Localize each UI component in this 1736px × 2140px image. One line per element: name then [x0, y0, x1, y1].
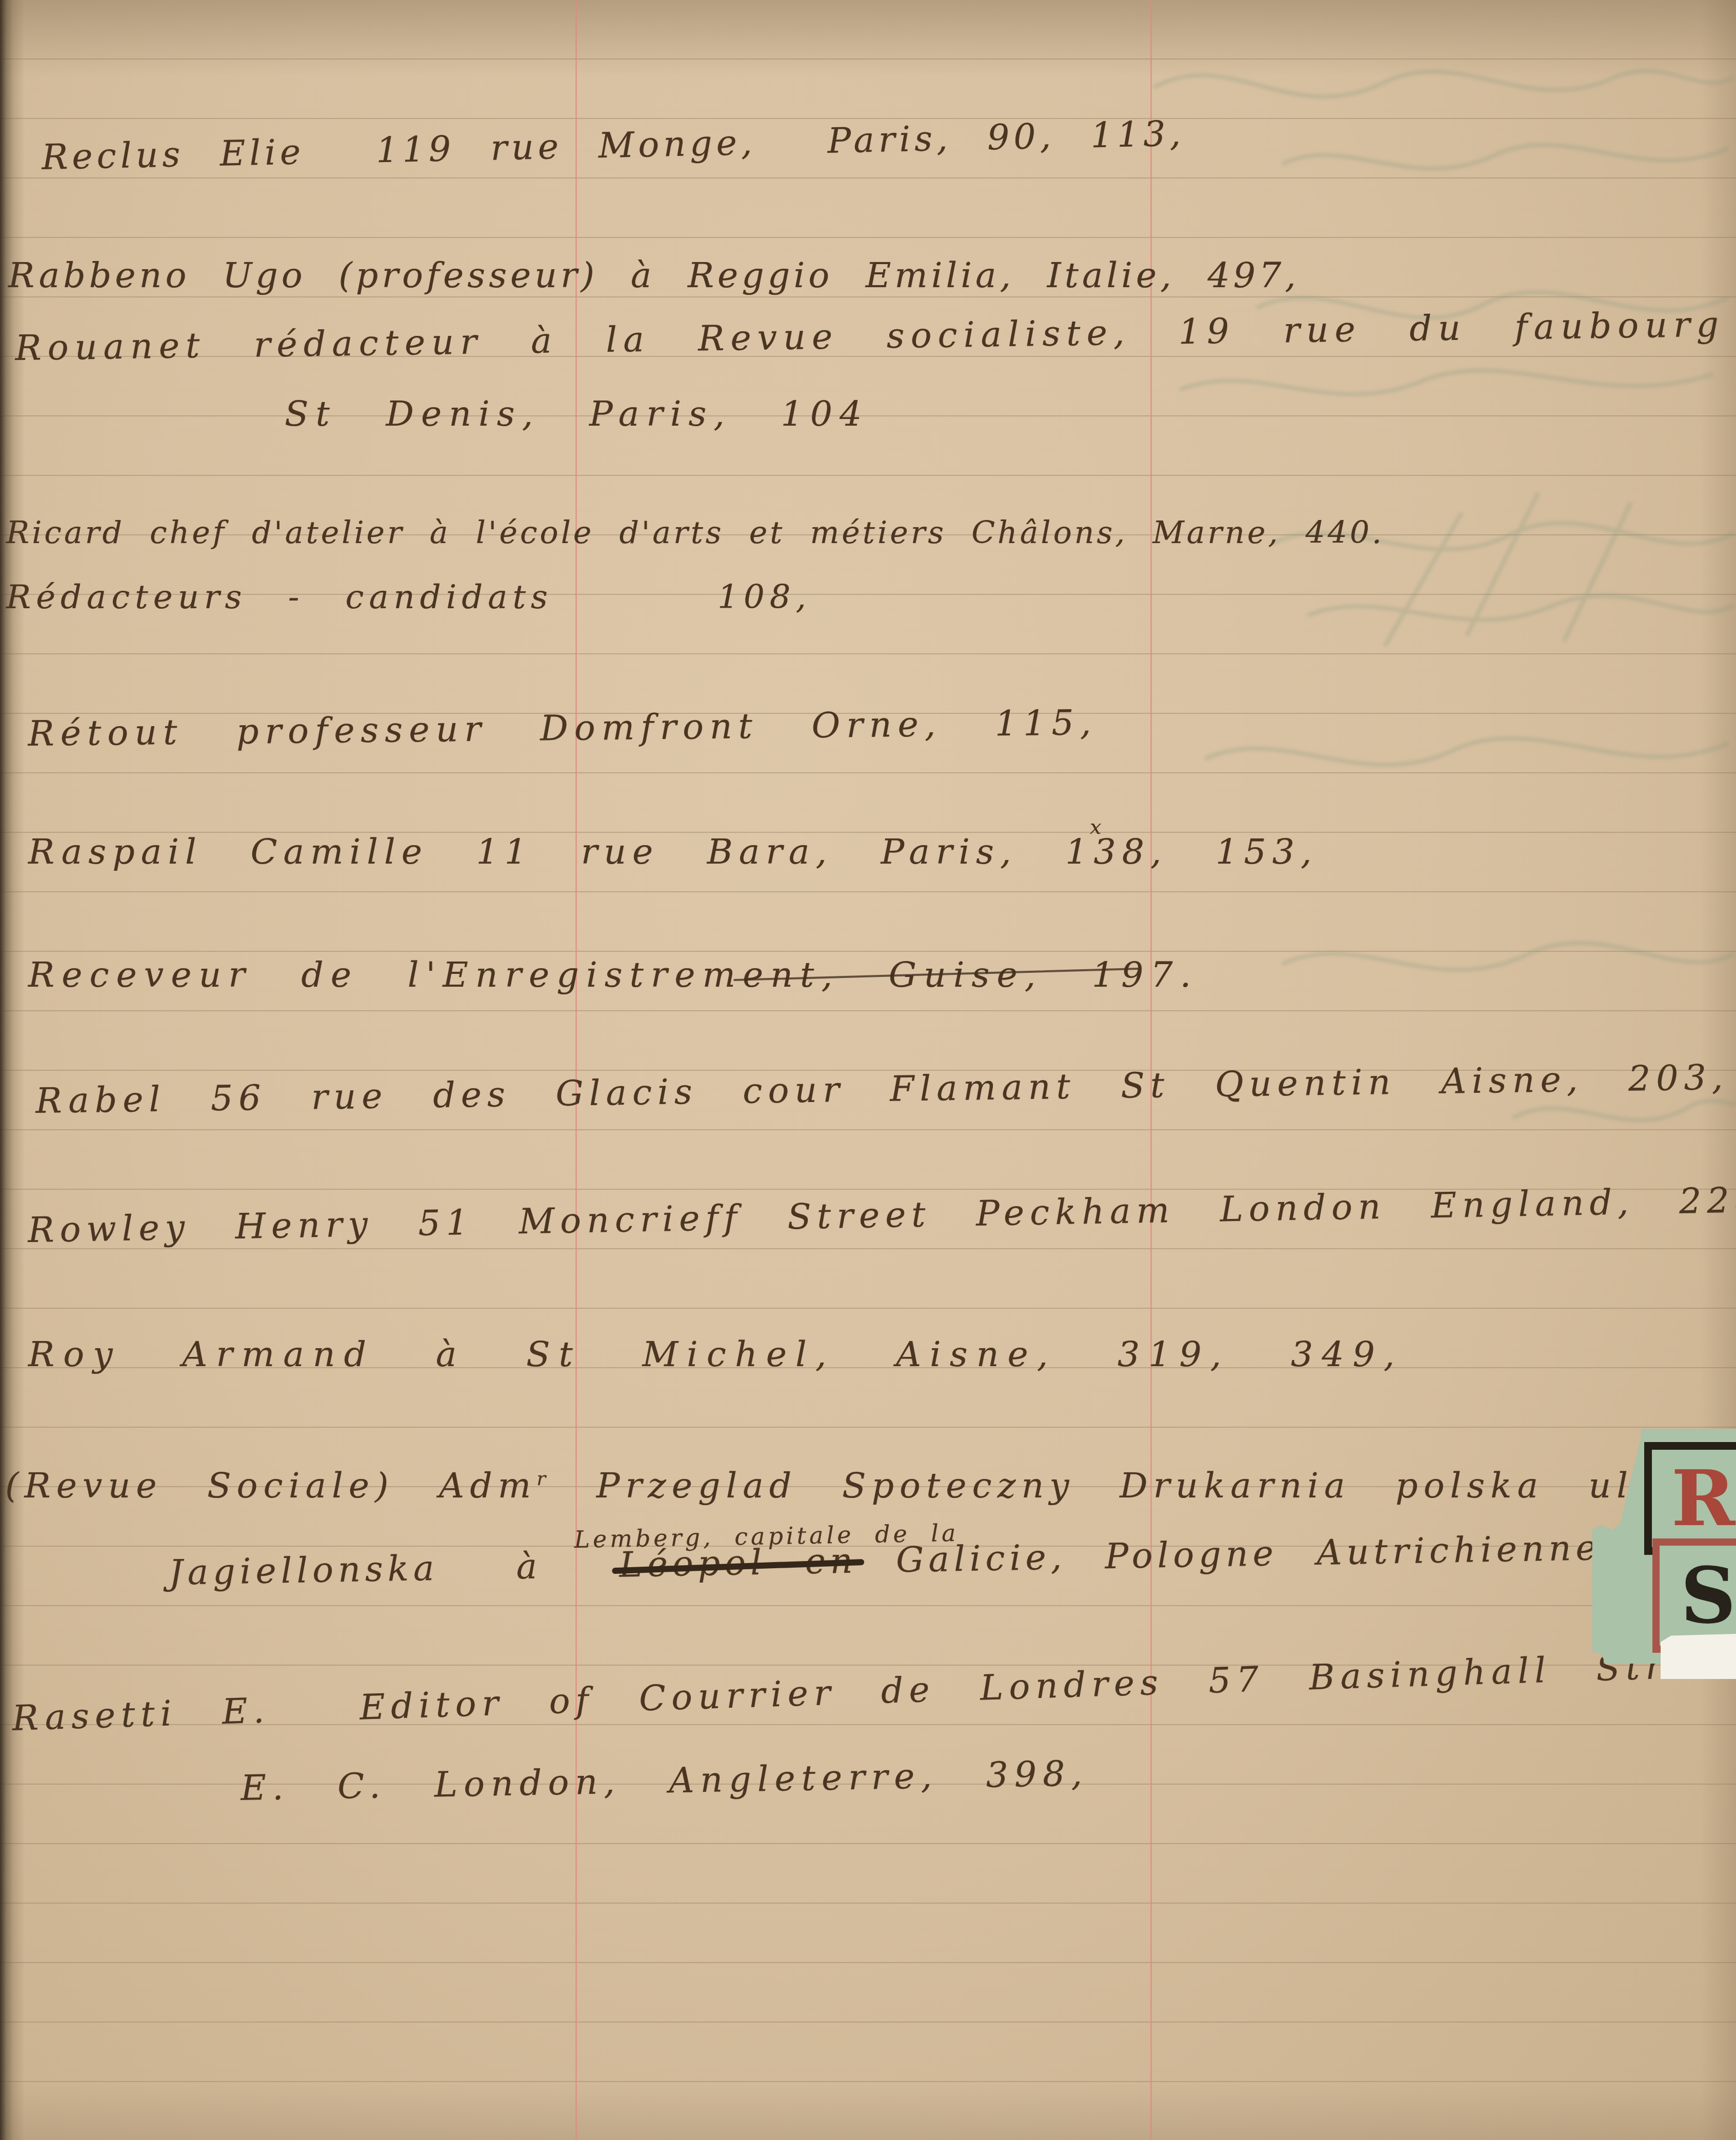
tab-letter-r: R — [1671, 1453, 1735, 1544]
strikethrough-text: Léopol en — [619, 1541, 858, 1586]
register-entry-rabbeno: Rabbeno Ugo (professeur) à Reggio Emilia… — [8, 255, 1300, 296]
register-entry-receveur: Receveur de l'Enregistrement, Guise, 197… — [28, 955, 1198, 995]
register-entry-redacteurs-candidats: Rédacteurs - candidats 108, — [6, 578, 811, 616]
tab-letter-r-block: R — [1644, 1442, 1736, 1555]
register-entry-rouanet-line2: St Denis, Paris, 104 — [285, 394, 869, 434]
register-entry-raspail: Raspail Camille 11 rue Bara, Paris, 138,… — [28, 832, 1318, 872]
scanned-ledger-page: Reclus Elie 119 rue Monge, Paris, 90, 11… — [0, 0, 1736, 2140]
tab-letter-s: S — [1681, 1551, 1736, 1641]
register-entry-ricard: Ricard chef d'atelier à l'école d'arts e… — [6, 515, 1384, 551]
register-entry-roy-armand: Roy Armand à St Michel, Aisne, 319, 349, — [28, 1334, 1403, 1375]
entry-text: (Revue Sociale) Adm — [5, 1466, 536, 1506]
torn-paper-notch — [1661, 1634, 1736, 1679]
superscript-abbreviation: r — [536, 1467, 551, 1490]
register-entry-revue-sociale-line1: (Revue Sociale) Admr Przeglad Spoteczny … — [5, 1466, 1702, 1506]
entry-text: Przeglad Spoteczny Drukarnia polska ulic… — [551, 1466, 1702, 1506]
entry-text: Jagiellonska à — [169, 1545, 620, 1593]
